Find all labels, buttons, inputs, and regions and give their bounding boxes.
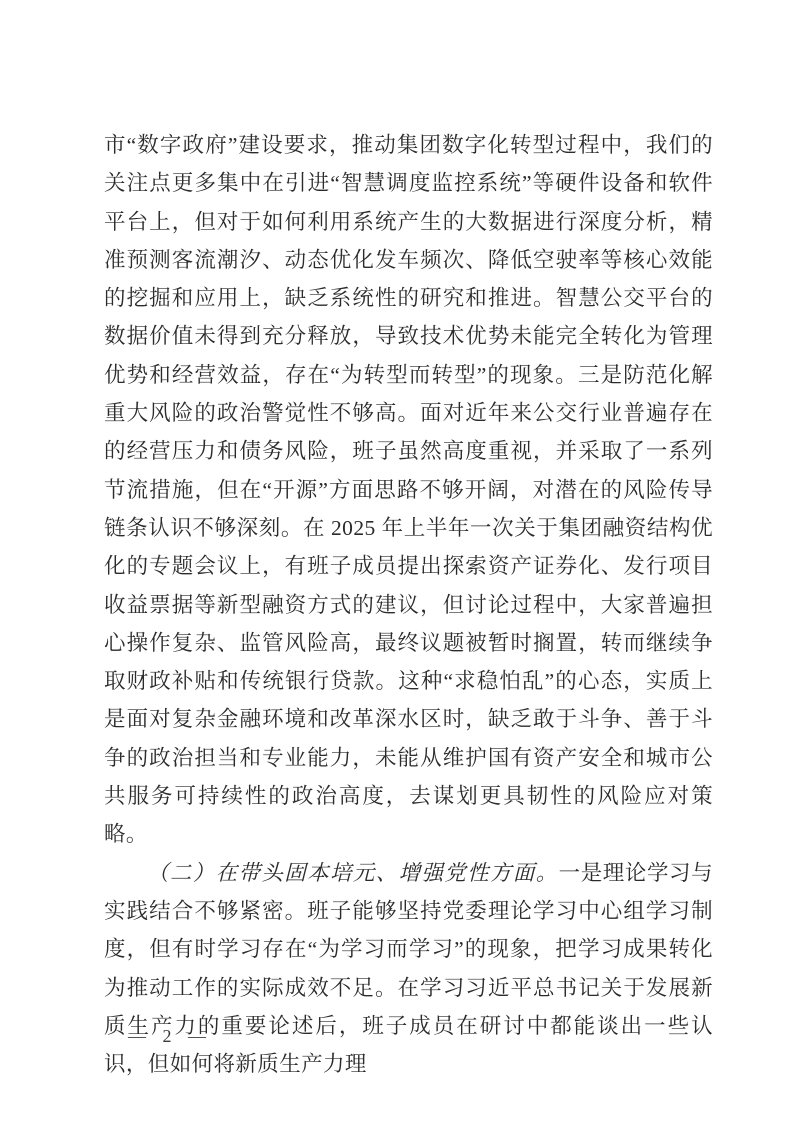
page-number: — 2 — [128, 1026, 212, 1047]
document-body: 市“数字政府”建设要求，推动集团数字化转型过程中，我们的关注点更多集中在引进“智… [104, 126, 713, 1083]
section-two-heading: （二）在带头固本培元、增强党性方面。 [147, 861, 559, 885]
paragraph-section-two: （二）在带头固本培元、增强党性方面。一是理论学习与实践结合不够紧密。班子能够坚持… [104, 854, 713, 1084]
paragraph-continuation: 市“数字政府”建设要求，推动集团数字化转型过程中，我们的关注点更多集中在引进“智… [104, 126, 713, 854]
document-page: 市“数字政府”建设要求，推动集团数字化转型过程中，我们的关注点更多集中在引进“智… [0, 0, 793, 1122]
paragraph-continuation-text: 市“数字政府”建设要求，推动集团数字化转型过程中，我们的关注点更多集中在引进“智… [104, 133, 713, 846]
